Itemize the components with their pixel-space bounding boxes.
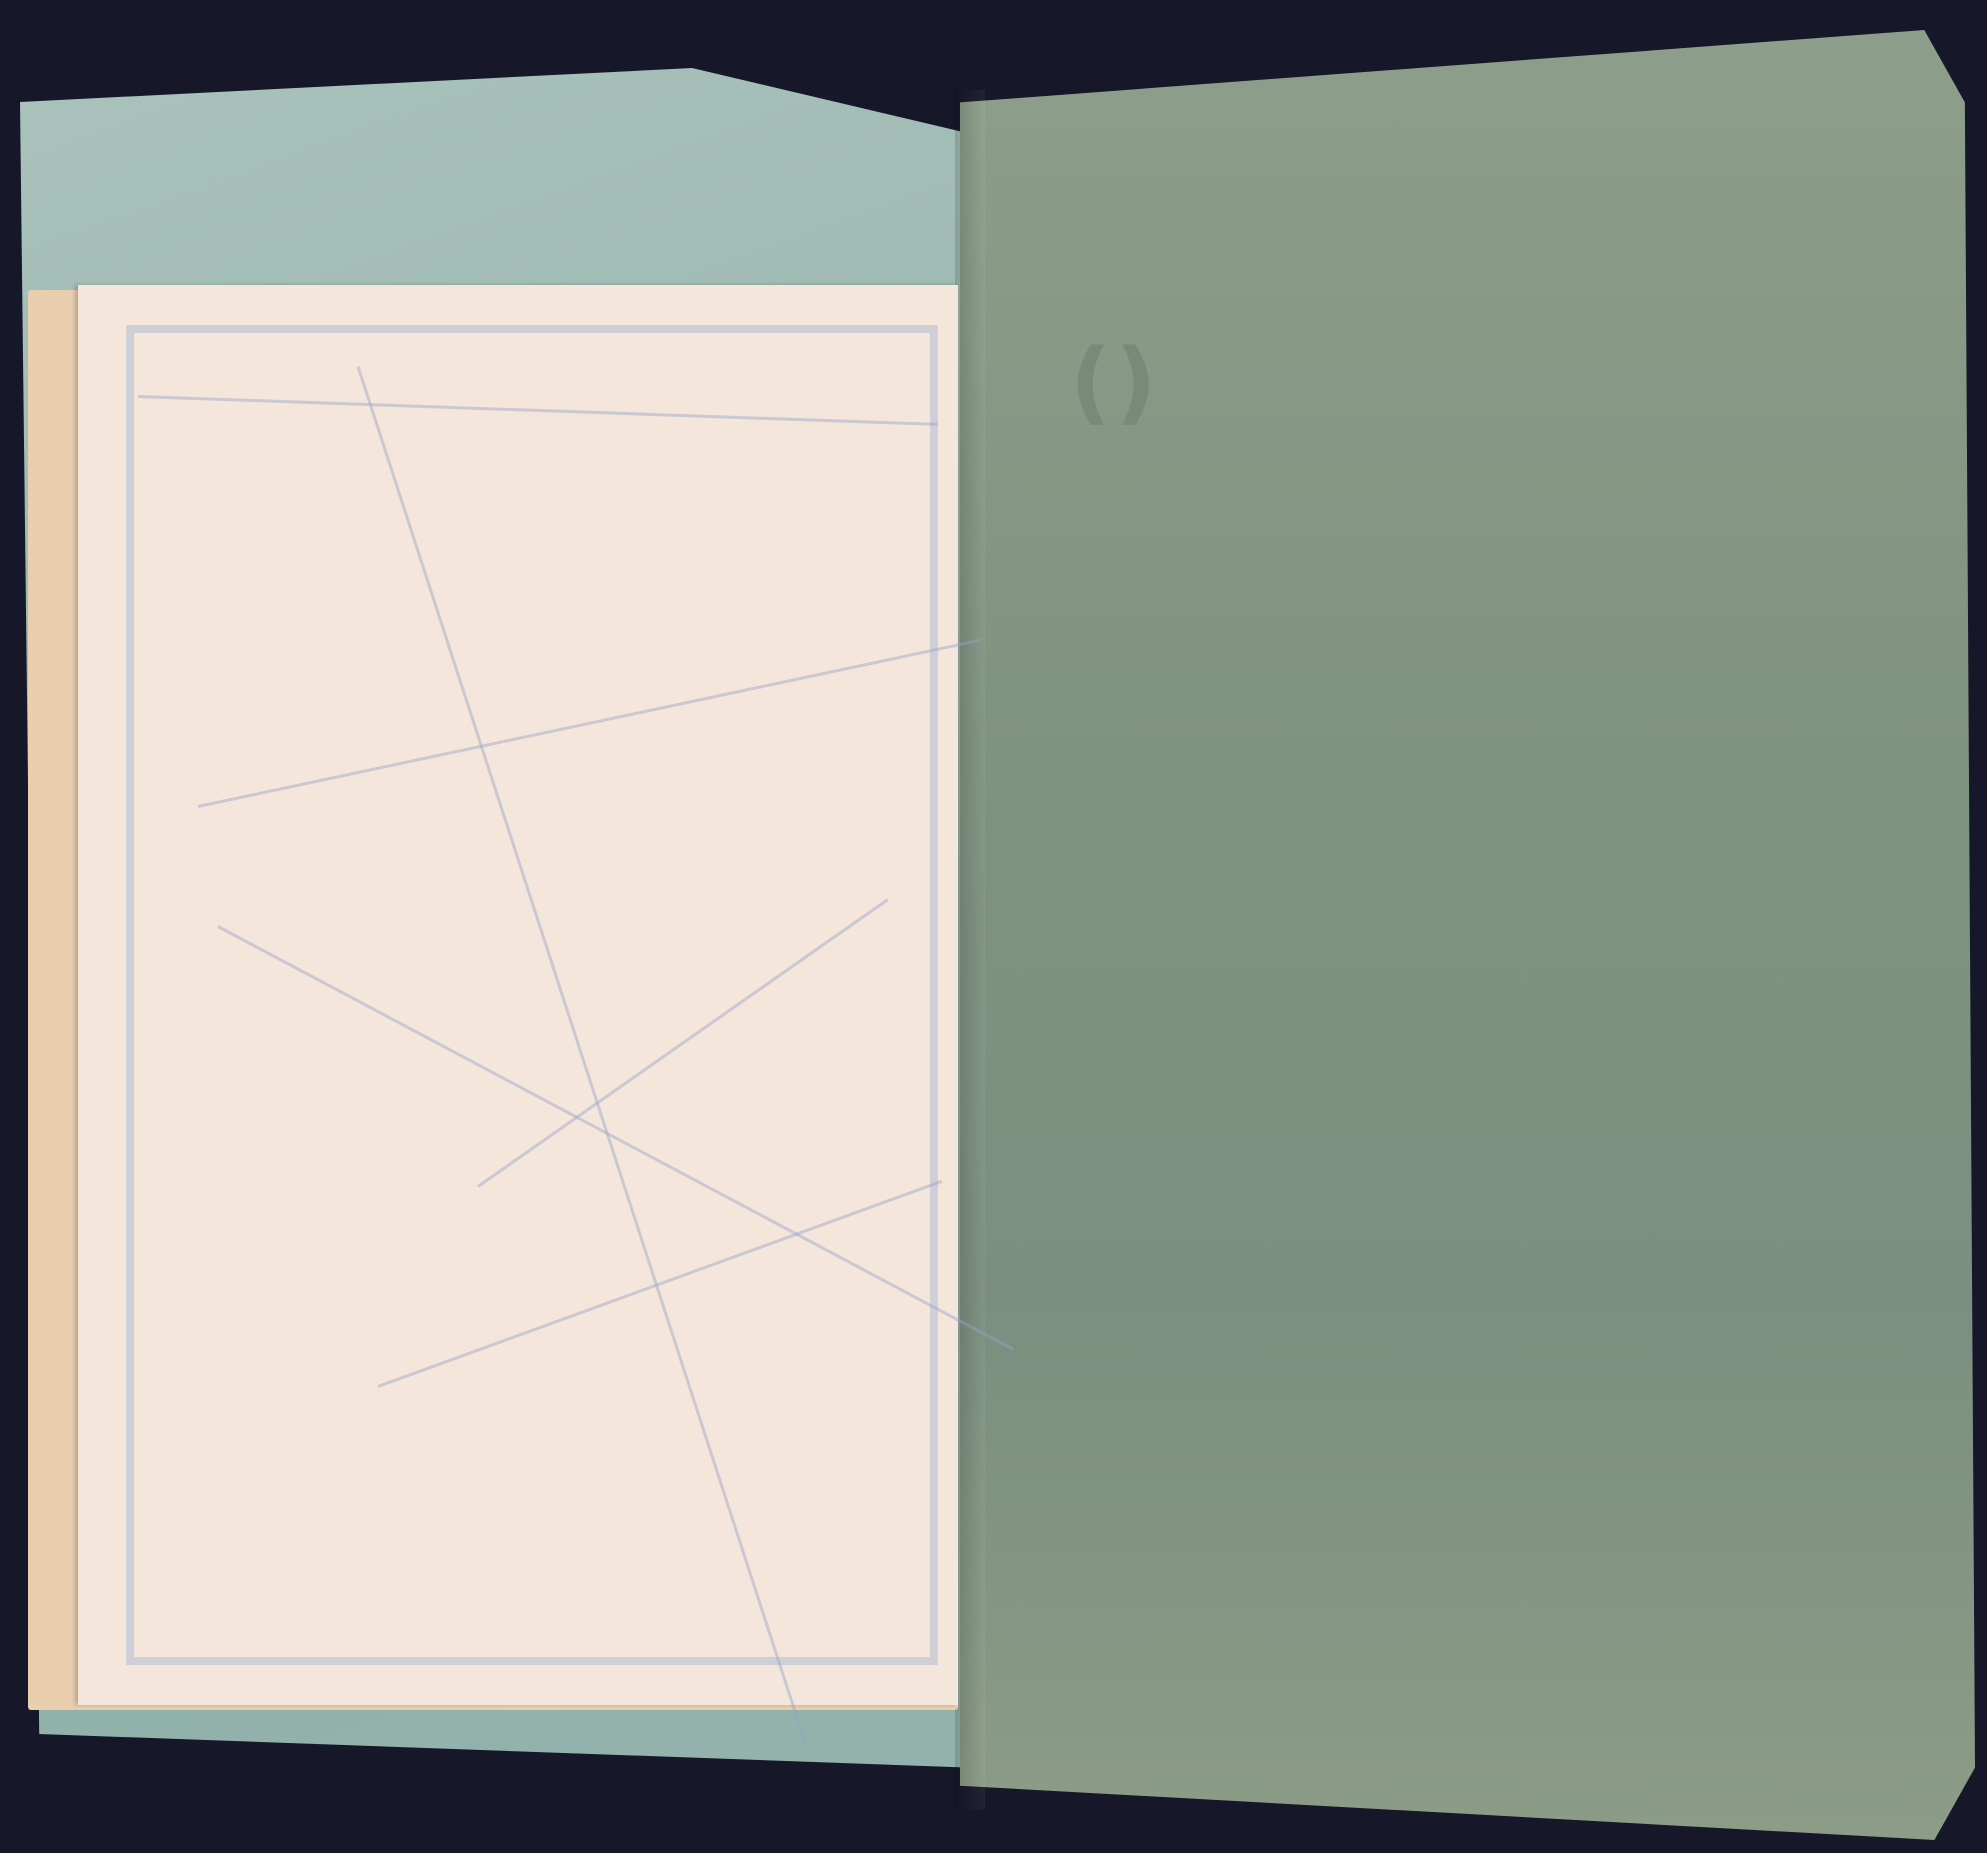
cover-spine: [955, 90, 985, 1810]
map-border-frame: [126, 325, 938, 1665]
embossed-mark: (): [1070, 330, 1160, 435]
right-cover-panel: (): [960, 30, 1975, 1840]
folded-map-sheet: [78, 285, 958, 1705]
